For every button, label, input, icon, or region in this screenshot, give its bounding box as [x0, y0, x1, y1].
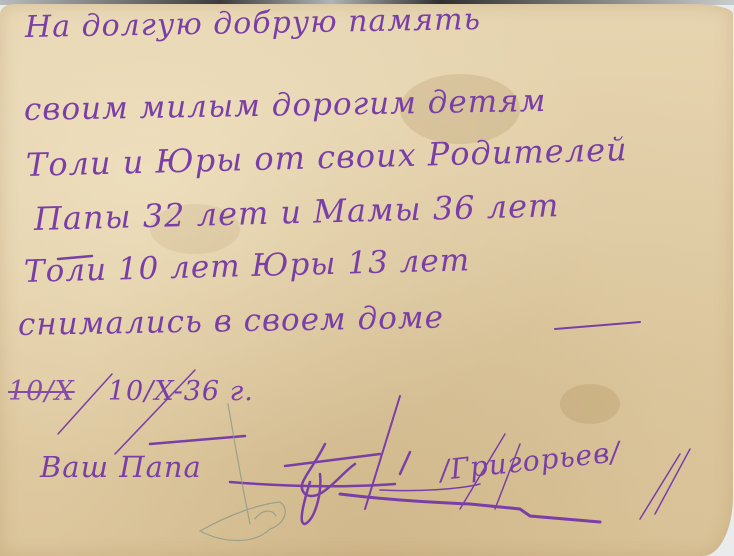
postcard: На долгую добрую память своим милым доро… — [0, 4, 733, 556]
pencil-sketch-icon — [0, 4, 733, 556]
